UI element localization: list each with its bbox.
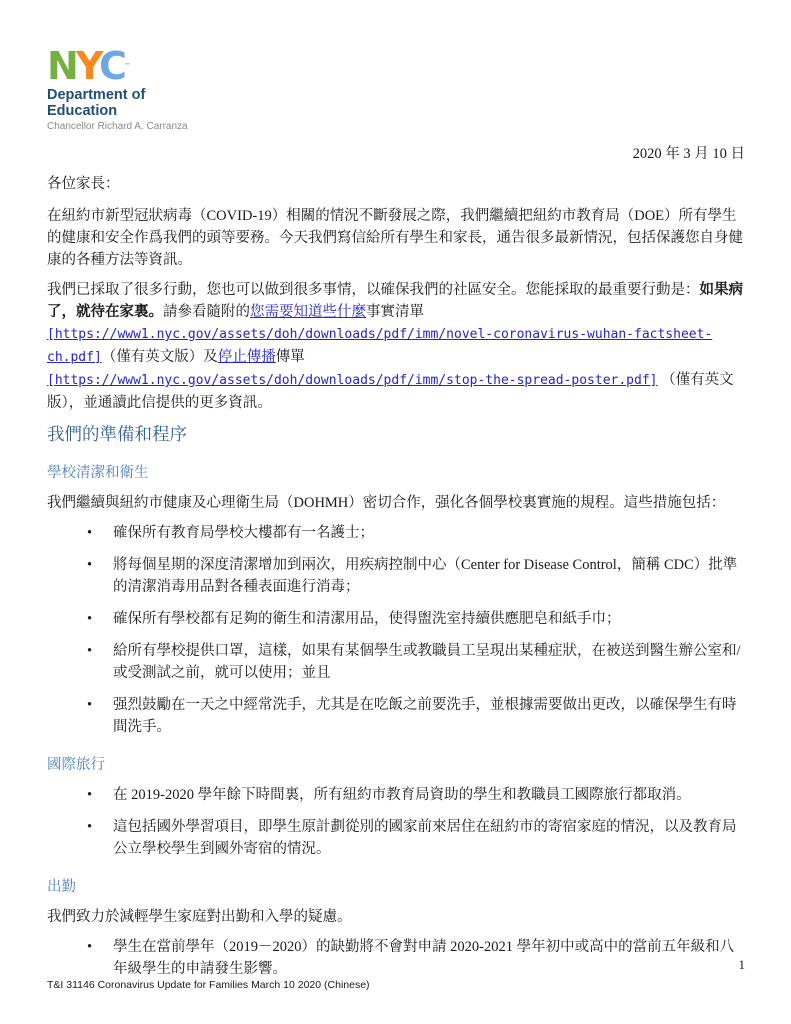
bullet-text: 這包括國外學習項目，即學生原計劃從別的國家前來居住在紐約市的寄宿家庭的情況，以及… — [113, 819, 737, 857]
p2-start: 我們已採取了很多行動，您也可以做到很多事情，以確保我們的社區安全。您能採取的最重… — [47, 282, 700, 298]
list-item: 强烈鼓勵在一天之中經常洗手，尤其是在吃飯之前要洗手，並根據需要做出更改，以確保學… — [47, 694, 745, 738]
list-item: 在 2019-2020 學年餘下時間裏，所有紐約市教育局資助的學生和教職員工國際… — [47, 784, 745, 806]
document-page: NYC™ Department of Education Chancellor … — [0, 0, 791, 1024]
page-number: 1 — [739, 954, 746, 976]
department-line2: Education — [47, 103, 745, 119]
logo-letter-c: C — [99, 44, 124, 88]
p2-mid3: 傳單 — [276, 349, 305, 365]
logo-letter-n: N — [47, 44, 76, 88]
bullet-text: 確保所有學校都有足夠的衛生和清潔用品，使得盥洗室持續供應肥皂和紙手巾； — [113, 611, 621, 627]
attendance-intro: 我們致力於減輕學生家庭對出勤和入學的疑慮。 — [47, 906, 745, 928]
bullet-text: 在 2019-2020 學年餘下時間裏，所有紐約市教育局資助的學生和教職員工國際… — [113, 787, 691, 803]
list-item: 給所有學校提供口罩，這樣，如果有某個學生或教職員工呈現出某種症狀，在被送到醫生辦… — [47, 640, 745, 684]
bullet-text: 給所有學校提供口罩，這樣，如果有某個學生或教職員工呈現出某種症狀，在被送到醫生辦… — [113, 643, 741, 681]
list-item: 確保所有學校都有足夠的衛生和清潔用品，使得盥洗室持續供應肥皂和紙手巾； — [47, 608, 745, 630]
chancellor-name: Chancellor Richard A. Carranza — [47, 121, 745, 133]
subsection-heading-attendance: 出勤 — [47, 870, 745, 898]
footer-doc-id: T&I 31146 Coronavirus Update for Familie… — [47, 974, 370, 996]
department-name: Department of Education — [47, 87, 745, 119]
p2-mid1: 事實清單 — [366, 304, 424, 320]
section-heading-preparation: 我們的準備和程序 — [47, 422, 745, 446]
trademark-symbol: ™ — [124, 62, 131, 70]
bullet-text: 强烈鼓勵在一天之中經常洗手，尤其是在吃飯之前要洗手，並根據需要做出更改，以確保學… — [113, 697, 737, 735]
travel-bullet-list: 在 2019-2020 學年餘下時間裏，所有紐約市教育局資助的學生和教職員工國際… — [47, 784, 745, 860]
bullet-text: 學生在當前學年（2019－2020）的缺勤將不會對申請 2020-2021 學年… — [113, 939, 734, 977]
nyc-doe-logo: NYC™ Department of Education Chancellor … — [47, 48, 745, 133]
salutation: 各位家長： — [47, 173, 745, 195]
department-line1: Department of — [47, 87, 745, 103]
stop-the-spread-link[interactable]: 停止傳播 — [218, 349, 276, 365]
logo-letter-y: Y — [76, 44, 99, 88]
subsection-heading-cleaning: 學校清潔和衛生 — [47, 456, 745, 484]
factsheet-link[interactable]: 您需要知道些什麼 — [250, 304, 366, 320]
bullet-text: 確保所有教育局學校大樓都有一名護士； — [113, 525, 374, 541]
list-item: 將每個星期的深度清潔增加到兩次，用疾病控制中心（Center for Disea… — [47, 554, 745, 598]
list-item: 確保所有教育局學校大樓都有一名護士； — [47, 522, 745, 544]
intro-paragraph-2: 我們已採取了很多行動，您也可以做到很多事情，以確保我們的社區安全。您能採取的最重… — [47, 279, 745, 414]
cleaning-bullet-list: 確保所有教育局學校大樓都有一名護士； 將每個星期的深度清潔增加到兩次，用疾病控制… — [47, 522, 745, 738]
letter-date: 2020 年 3 月 10 日 — [47, 143, 745, 165]
stop-the-spread-url-link[interactable]: [https://www1.nyc.gov/assets/doh/downloa… — [47, 373, 657, 388]
intro-paragraph-1: 在紐約市新型冠狀病毒（COVID-19）相關的情況不斷發展之際，我們繼續把紐約市… — [47, 205, 745, 271]
list-item: 這包括國外學習項目，即學生原計劃從別的國家前來居住在紐約市的寄宿家庭的情況，以及… — [47, 816, 745, 860]
p2-after-bold: 請參看隨附的 — [163, 304, 250, 320]
cleaning-intro: 我們繼續與紐約市健康及心理衛生局（DOHMH）密切合作，强化各個學校裏實施的規程… — [47, 492, 745, 514]
p2-mid2: （僅有英文版）及 — [102, 349, 218, 365]
subsection-heading-travel: 國際旅行 — [47, 748, 745, 776]
nyc-logo-letters: NYC™ — [47, 48, 745, 84]
bullet-text: 將每個星期的深度清潔增加到兩次，用疾病控制中心（Center for Disea… — [113, 557, 737, 595]
